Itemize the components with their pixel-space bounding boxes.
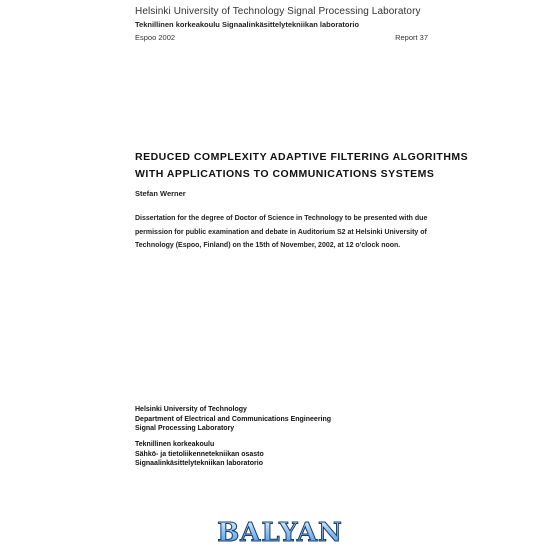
affiliation-fi-laboratory: Signaalinkäsittelytekniikan laboratorio <box>135 459 264 469</box>
author-name: Stefan Werner <box>135 189 186 198</box>
header-institution-en: Helsinki University of Technology Signal… <box>135 6 421 17</box>
report-number: Report 37 <box>395 33 428 42</box>
header-institution-fi: Teknillinen korkeakoulu Signaalinkäsitte… <box>135 20 359 29</box>
affiliation-finnish: Teknillinen korkeakoulu Sähkö- ja tietol… <box>135 440 264 469</box>
affiliation-department: Department of Electrical and Communicati… <box>135 415 331 425</box>
affiliation-fi-university: Teknillinen korkeakoulu <box>135 440 264 450</box>
header-place-year: Espoo 2002 <box>135 33 175 42</box>
watermark-logo: BALYAN <box>0 518 560 548</box>
title-line-1: REDUCED COMPLEXITY ADAPTIVE FILTERING AL… <box>135 149 468 166</box>
affiliation-english: Helsinki University of Technology Depart… <box>135 405 331 434</box>
document-title: REDUCED COMPLEXITY ADAPTIVE FILTERING AL… <box>135 149 468 183</box>
affiliation-laboratory: Signal Processing Laboratory <box>135 424 331 434</box>
dissertation-statement: Dissertation for the degree of Doctor of… <box>135 212 432 253</box>
affiliation-fi-department: Sähkö- ja tietoliikennetekniikan osasto <box>135 450 264 460</box>
title-line-2: WITH APPLICATIONS TO COMMUNICATIONS SYST… <box>135 166 468 183</box>
affiliation-university: Helsinki University of Technology <box>135 405 331 415</box>
